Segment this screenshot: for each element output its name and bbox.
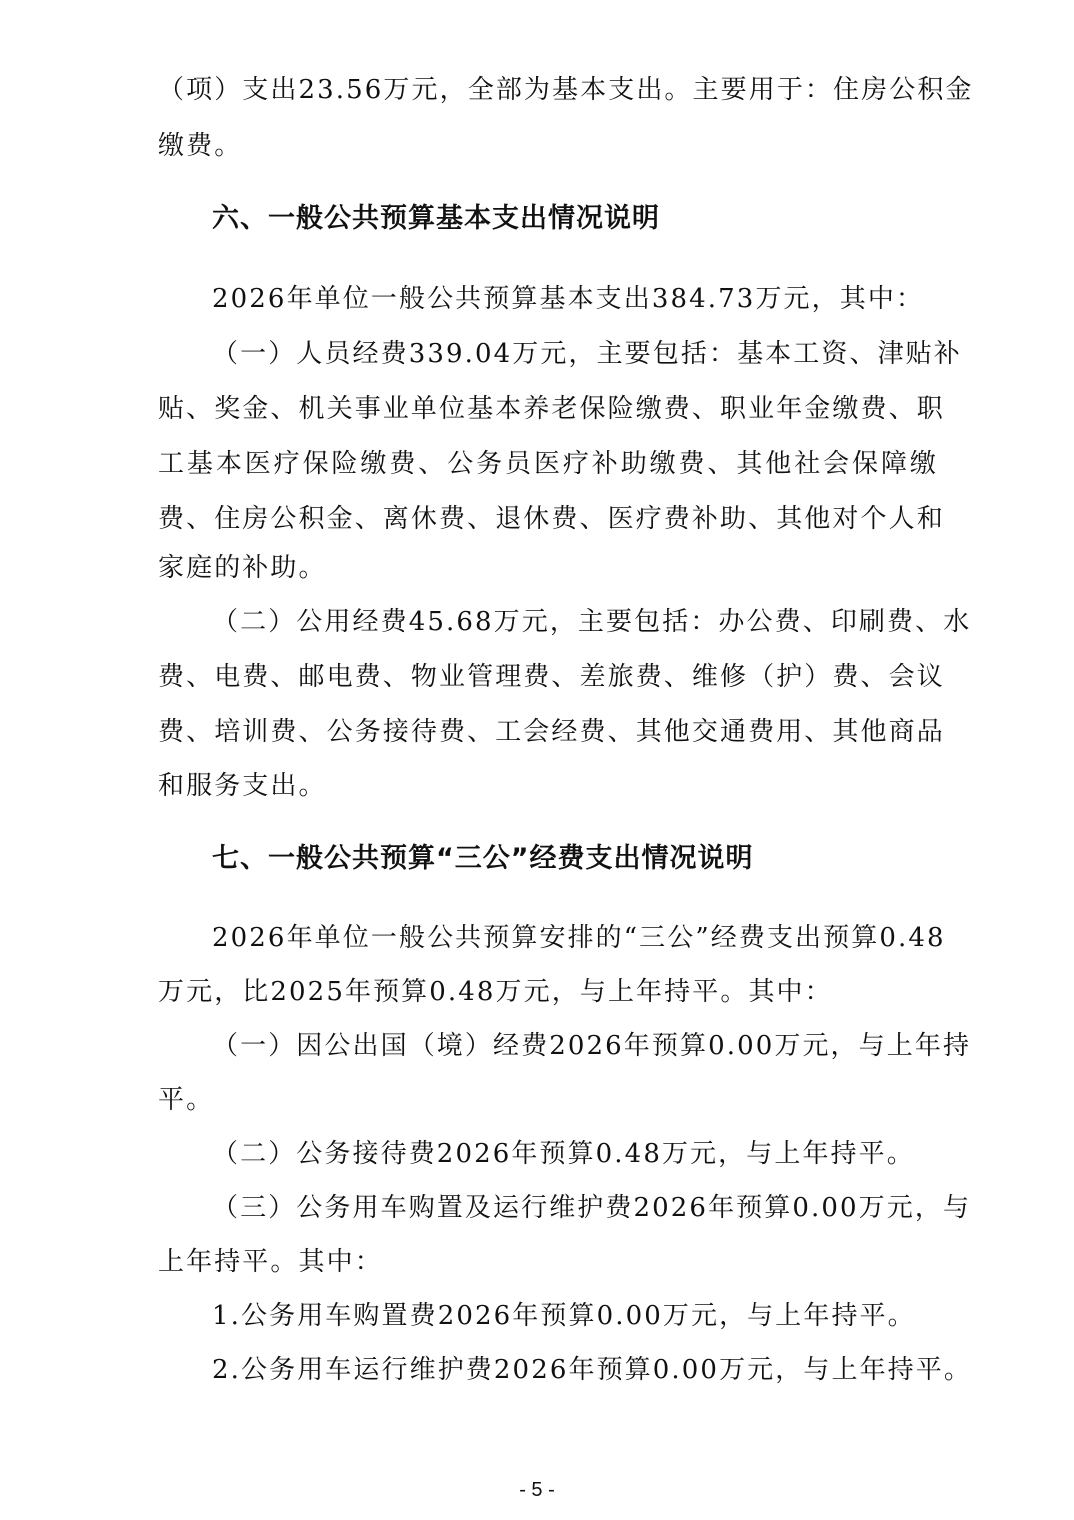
- three-public-summary-line-2: 万元，比2025年预算0.48万元，与上年持平。其中：: [158, 976, 938, 1008]
- section-6-summary: 2026年单位一般公共预算基本支出384.73万元，其中：: [212, 283, 938, 315]
- reception-line: （二）公务接待费2026年预算0.48万元，与上年持平。: [212, 1138, 938, 1170]
- document-page: （项）支出23.56万元，全部为基本支出。主要用于：住房公积金 缴费。 六、一般…: [0, 0, 1074, 1520]
- three-public-summary-line-1: 2026年单位一般公共预算安排的“三公”经费支出预算0.48: [212, 922, 938, 954]
- vehicle-purchase-line: 1.公务用车购置费2026年预算0.00万元，与上年持平。: [212, 1300, 938, 1332]
- personnel-line-1: （一）人员经费339.04万元，主要包括：基本工资、津贴补: [212, 338, 938, 370]
- public-use-line-3: 费、培训费、公务接待费、工会经费、其他交通费用、其他商品: [158, 716, 938, 748]
- personnel-line-3: 工基本医疗保险缴费、公务员医疗补助缴费、其他社会保障缴: [158, 448, 938, 480]
- vehicles-line-2: 上年持平。其中：: [158, 1246, 938, 1278]
- continuation-line-2: 缴费。: [158, 130, 938, 162]
- vehicles-line-1: （三）公务用车购置及运行维护费2026年预算0.00万元，与: [212, 1192, 938, 1224]
- public-use-line-1: （二）公用经费45.68万元，主要包括：办公费、印刷费、水: [212, 606, 938, 638]
- overseas-line-2: 平。: [158, 1084, 938, 1116]
- continuation-line-1: （项）支出23.56万元，全部为基本支出。主要用于：住房公积金: [158, 74, 938, 106]
- personnel-line-5: 家庭的补助。: [158, 552, 938, 584]
- personnel-line-2: 贴、奖金、机关事业单位基本养老保险缴费、职业年金缴费、职: [158, 393, 938, 425]
- overseas-line-1: （一）因公出国（境）经费2026年预算0.00万元，与上年持: [212, 1030, 938, 1062]
- section-7-heading: 七、一般公共预算“三公”经费支出情况说明: [212, 842, 754, 876]
- section-6-heading: 六、一般公共预算基本支出情况说明: [212, 202, 660, 236]
- vehicle-operation-line: 2.公务用车运行维护费2026年预算0.00万元，与上年持平。: [212, 1354, 938, 1386]
- page-number: - 5 -: [0, 1478, 1074, 1502]
- personnel-line-4: 费、住房公积金、离休费、退休费、医疗费补助、其他对个人和: [158, 503, 938, 535]
- public-use-line-4: 和服务支出。: [158, 770, 938, 802]
- public-use-line-2: 费、电费、邮电费、物业管理费、差旅费、维修（护）费、会议: [158, 661, 938, 693]
